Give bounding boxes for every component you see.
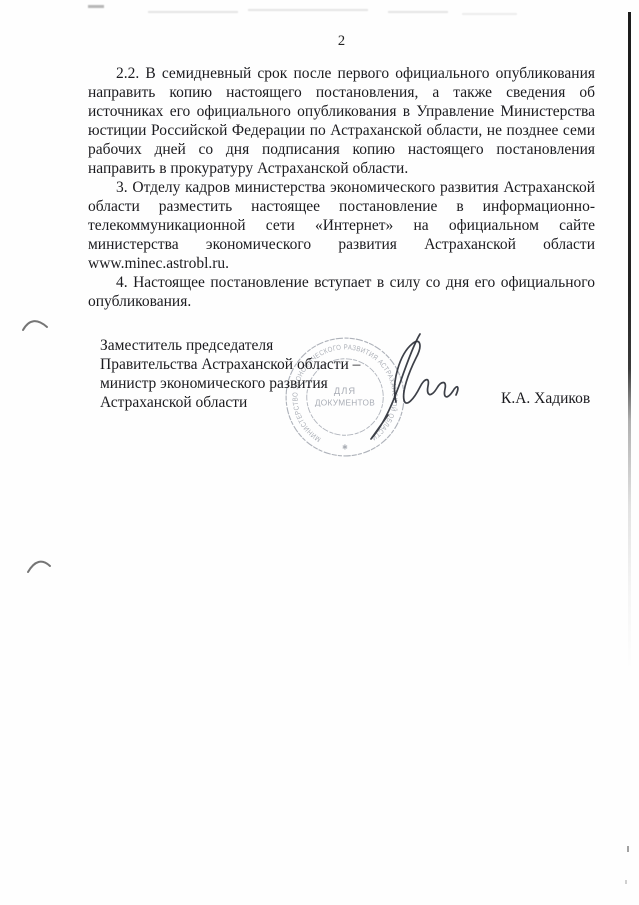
signature-title-block: Заместитель председателя Правительства А… — [100, 336, 360, 412]
signature-title-line: Заместитель председателя — [100, 336, 360, 355]
scan-artifact-speck — [625, 880, 627, 884]
paragraph-2-2: 2.2. В семидневный срок после первого оф… — [88, 64, 595, 178]
signature-title-line: Правительства Астраханской области – — [100, 355, 360, 374]
scan-artifact-smudge — [462, 13, 517, 15]
scan-artifact-smudge — [248, 9, 368, 11]
scan-artifact-arc — [20, 312, 50, 336]
scan-artifact-smudge — [88, 5, 104, 8]
signature-title-line: министр экономического развития — [100, 374, 360, 393]
handwritten-signature — [358, 326, 466, 450]
paragraph-4: 4. Настоящее постановление вступает в си… — [88, 273, 595, 311]
signer-name: К.А. Хадиков — [501, 390, 590, 408]
paragraph-3: 3. Отделу кадров министерства экономичес… — [88, 178, 595, 273]
scanned-document-page: 2 2.2. В семидневный срок после первого … — [0, 0, 639, 905]
signature-descender-stroke — [371, 334, 420, 439]
stamp-separator-star: ✱ — [342, 443, 348, 452]
scan-artifact-smudge — [148, 11, 238, 13]
scan-artifact-smudge — [388, 11, 448, 13]
document-body: 2.2. В семидневный срок после первого оф… — [88, 64, 595, 311]
scan-artifact-arc — [24, 552, 54, 576]
signature-title-line: Астраханской области — [100, 393, 360, 412]
page-number: 2 — [88, 33, 595, 50]
scan-artifact-edge-line — [628, 12, 631, 672]
scan-artifact-speck — [627, 846, 629, 852]
